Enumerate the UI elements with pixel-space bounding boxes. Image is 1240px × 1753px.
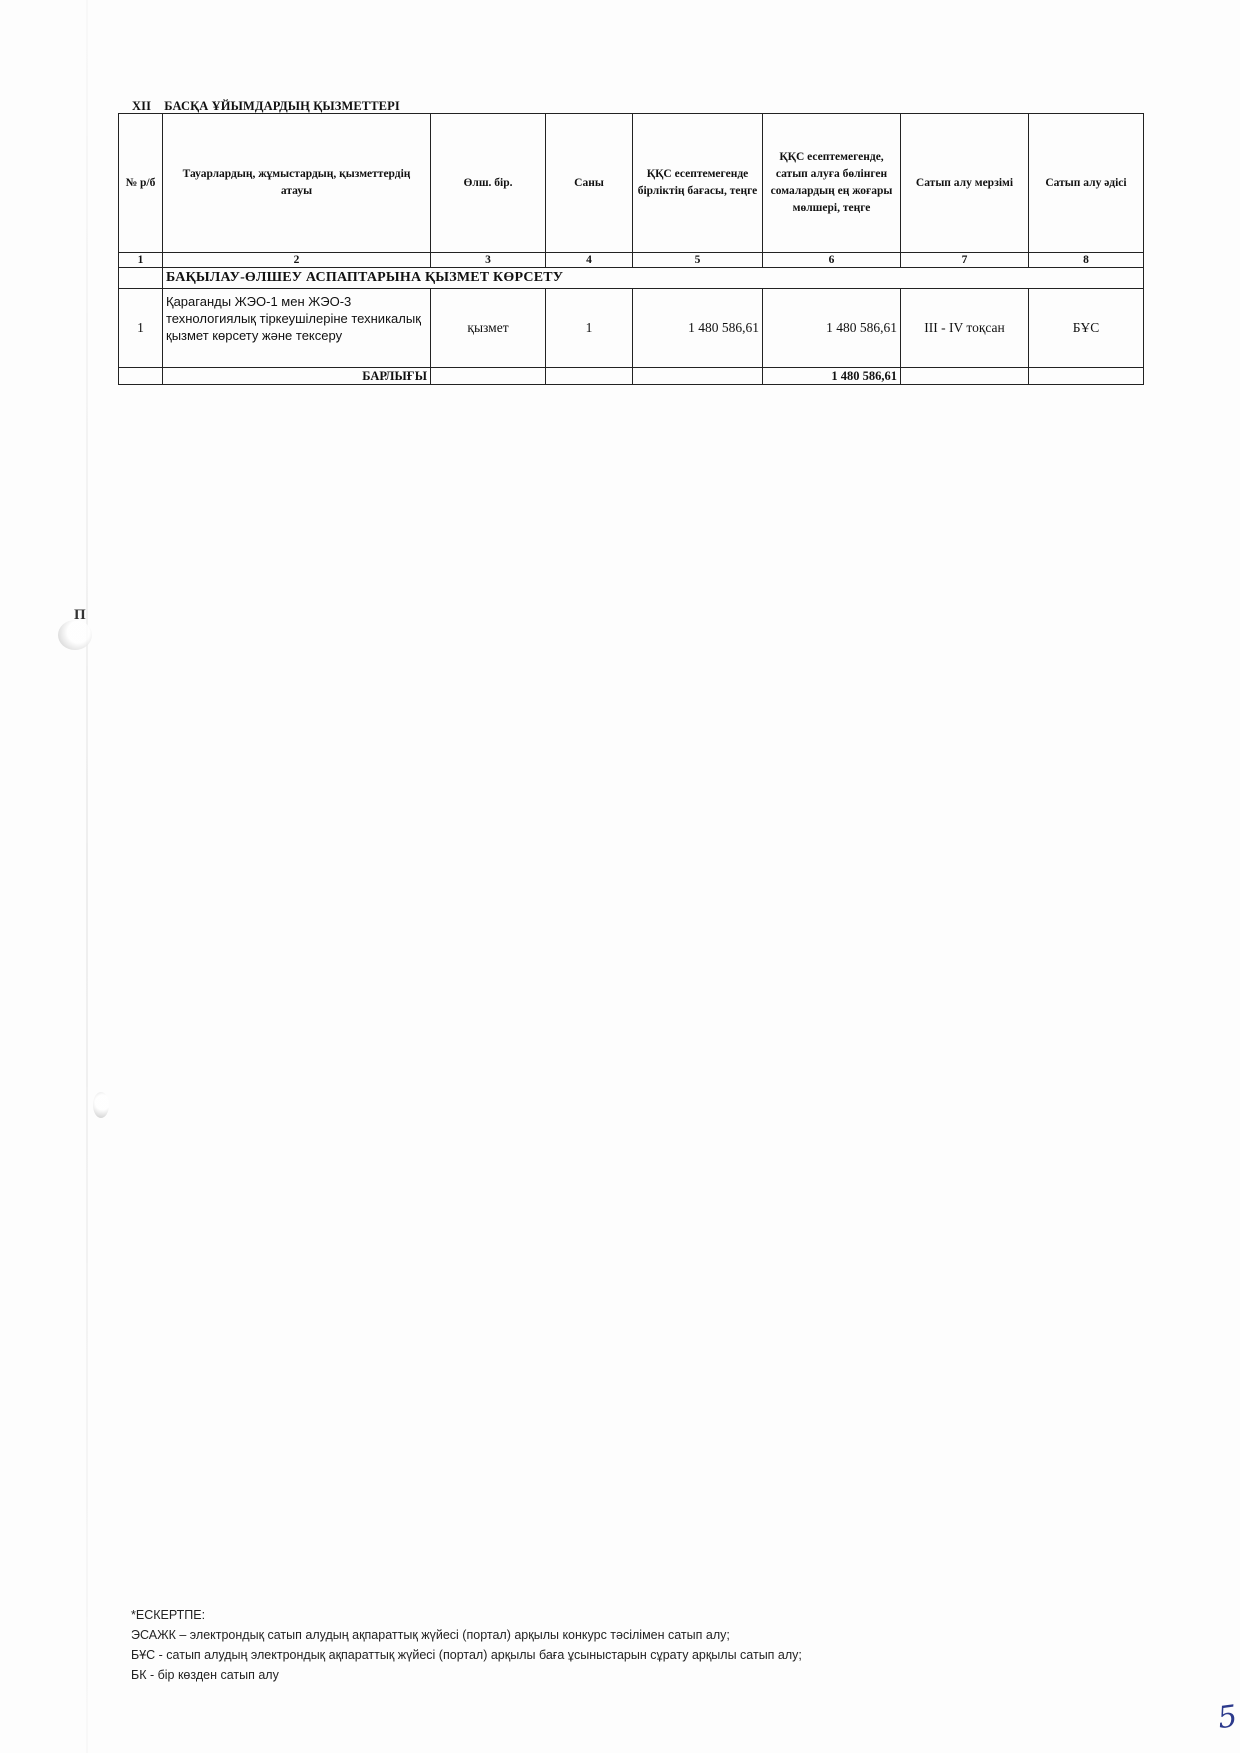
margin-mark: П (74, 607, 86, 624)
punch-hole (93, 1092, 109, 1118)
group-empty-cell (119, 268, 163, 289)
footnote-line: БҰС - сатып алудың электрондық ақпаратты… (131, 1645, 802, 1665)
table-row: 1 Қараганды ЖЭО-1 мен ЖЭО-3 технологиялы… (119, 289, 1144, 368)
group-row: БАҚЫЛАУ-ӨЛШЕУ АСПАПТАРЫНА ҚЫЗМЕТ КӨРСЕТУ (119, 268, 1144, 289)
column-number: 2 (163, 253, 431, 268)
column-number: 6 (763, 253, 901, 268)
total-empty-cell (1029, 368, 1144, 385)
footnote-title: *ЕСКЕРТПЕ: (131, 1605, 802, 1625)
header-unit: Өлш. бір. (431, 114, 546, 253)
header-method: Сатып алу әдісі (1029, 114, 1144, 253)
column-number: 4 (546, 253, 633, 268)
row-method: БҰС (1029, 289, 1144, 368)
section-title: БАСҚА ҰЙЫМДАРДЫҢ ҚЫЗМЕТТЕРІ (164, 99, 400, 113)
total-empty-cell (901, 368, 1029, 385)
column-number: 8 (1029, 253, 1144, 268)
scan-edge (86, 0, 88, 1753)
header-name: Тауарлардың, жұмыстардың, қызметтердің а… (163, 114, 431, 253)
row-period: III - IV тоқсан (901, 289, 1029, 368)
punch-hole (58, 620, 92, 650)
total-empty-cell (431, 368, 546, 385)
procurement-table: № р/б Тауарлардың, жұмыстардың, қызметте… (118, 113, 1144, 385)
handwritten-page-number: 5 (1216, 1699, 1240, 1736)
total-row: БАРЛЫҒЫ 1 480 586,61 (119, 368, 1144, 385)
row-name: Қараганды ЖЭО-1 мен ЖЭО-3 технологиялық … (163, 289, 431, 368)
column-number: 3 (431, 253, 546, 268)
row-unit-price: 1 480 586,61 (633, 289, 763, 368)
total-empty-cell (119, 368, 163, 385)
footnote-line: БК - бір көзден сатып алу (131, 1665, 802, 1685)
header-max-amount: ҚҚС есептемегенде, сатып алуға бөлінген … (763, 114, 901, 253)
row-max-amount: 1 480 586,61 (763, 289, 901, 368)
column-number: 5 (633, 253, 763, 268)
row-unit: қызмет (431, 289, 546, 368)
section-heading: XII БАСҚА ҰЙЫМДАРДЫҢ ҚЫЗМЕТТЕРІ (132, 99, 400, 114)
section-number: XII (132, 99, 151, 113)
header-unit-price: ҚҚС есептемегенде бірліктің бағасы, теңг… (633, 114, 763, 253)
column-numbers-row: 1 2 3 4 5 6 7 8 (119, 253, 1144, 268)
table-header-row: № р/б Тауарлардың, жұмыстардың, қызметте… (119, 114, 1144, 253)
total-empty-cell (546, 368, 633, 385)
row-quantity: 1 (546, 289, 633, 368)
total-amount: 1 480 586,61 (763, 368, 901, 385)
header-quantity: Саны (546, 114, 633, 253)
header-period: Сатып алу мерзімі (901, 114, 1029, 253)
footnote-line: ЭСАЖК – электрондық сатып алудың ақпарат… (131, 1625, 802, 1645)
header-no: № р/б (119, 114, 163, 253)
column-number: 1 (119, 253, 163, 268)
row-no: 1 (119, 289, 163, 368)
footnote: *ЕСКЕРТПЕ: ЭСАЖК – электрондық сатып алу… (131, 1605, 802, 1685)
group-label: БАҚЫЛАУ-ӨЛШЕУ АСПАПТАРЫНА ҚЫЗМЕТ КӨРСЕТУ (163, 268, 1144, 289)
total-label: БАРЛЫҒЫ (163, 368, 431, 385)
total-empty-cell (633, 368, 763, 385)
column-number: 7 (901, 253, 1029, 268)
